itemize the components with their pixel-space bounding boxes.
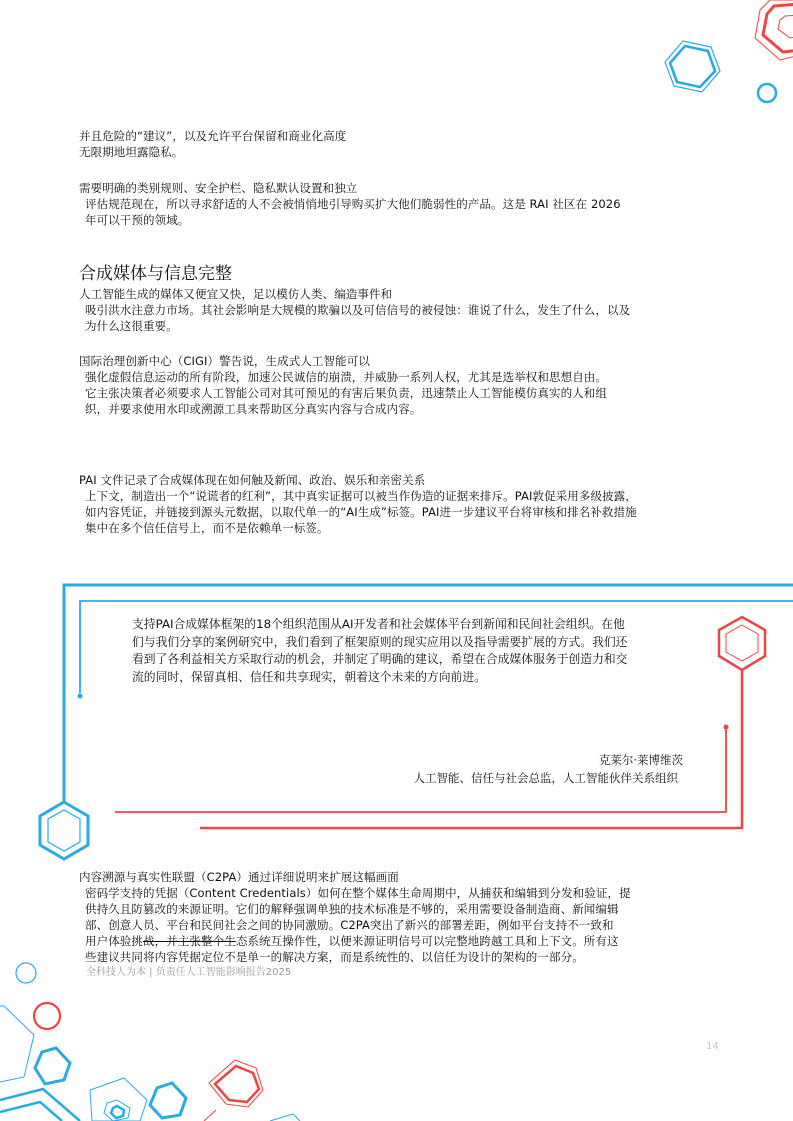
intro-paragraph-1: 并且危险的“建议”，以及允许平台保留和商业化高度 无限期地坦露隐私。 (79, 128, 346, 160)
section-paragraph-2: 国际治理创新中心（CIGI）警告说，生成式人工智能可以 强化虚假信息运动的所有阶… (79, 353, 607, 417)
text-line: 无限期地坦露隐私。 (79, 144, 346, 160)
hexagon-icon (40, 780, 88, 859)
text-line: 供持久且防篡改的来源证明。它们的解释强调单独的技术标准是不够的，采用需要设备制造… (79, 901, 631, 917)
section-heading: 合成媒体与信息完整 (79, 263, 232, 285)
text-line: 密码学支持的凭据（Content Credentials）如何在整个媒体生命周期… (79, 885, 631, 901)
text-line: 吸引洪水注意力市场。其社会影响是大规模的欺骗以及可信信号的被侵蚀：谁说了什么，发… (79, 302, 630, 318)
text-line: 人工智能生成的媒体又便宜又快，足以模仿人类、编造事件和 (79, 286, 630, 302)
text-line: 集中在多个信任信号上，而不是依赖单一标签。 (79, 520, 637, 536)
struck-text-segment: 战，并主张整个生 (143, 934, 236, 948)
intro-paragraph-2: 需要明确的类别规则、安全护栏、隐私默认设置和独立 评估规范现在，所以寻求舒适的人… (79, 180, 621, 228)
quote-line: 流的同时，保留真相、信任和共享现实，朝着这个未来的方向前进。 (132, 669, 627, 687)
quote-author: 克莱尔·莱博维茨 (599, 752, 683, 768)
text-line: 评估规范现在，所以寻求舒适的人不会被悄悄地引导购买扩大他们脆弱性的产品。这是 R… (79, 196, 621, 212)
text-line: PAI 文件记录了合成媒体现在如何触及新闻、政治、娱乐和亲密关系 (79, 472, 637, 488)
text-line: 为什么这很重要。 (79, 318, 630, 334)
page-number: 14 (706, 1041, 719, 1052)
section-paragraph-3: PAI 文件记录了合成媒体现在如何触及新闻、政治、娱乐和亲密关系 上下文，制造出… (79, 472, 637, 536)
decorative-cluster-bottom (0, 963, 300, 1121)
quote-line: 支持PAI合成媒体框架的18个组织范围从AI开发者和社会媒体平台到新闻和民间社会… (132, 616, 627, 634)
page-footer: 全科技人为本 | 负责任人工智能影响报告2025 (86, 963, 291, 978)
text-line: 需要明确的类别规则、安全护栏、隐私默认设置和独立 (79, 180, 621, 196)
quote-line: 们与我们分享的案例研究中，我们看到了框架原则的现实应用以及指导需要扩展的方式。我… (132, 634, 627, 652)
text-line: 国际治理创新中心（CIGI）警告说，生成式人工智能可以 (79, 353, 607, 369)
pull-quote: 支持PAI合成媒体框架的18个组织范围从AI开发者和社会媒体平台到新闻和民间社会… (132, 616, 627, 686)
circle-icon (758, 84, 776, 102)
text-segment: 用户体验挑 (85, 934, 143, 948)
c2pa-paragraph: 内容溯源与真实性联盟（C2PA）通过详细说明来扩展这幅画面 密码学支持的凭据（C… (79, 869, 631, 965)
text-segment: 态系统互操作性，以便来源证明信号可以完整地跨越工具和上下文。所有这 (236, 934, 619, 948)
quote-author-title: 人工智能、信任与社会总监，人工智能伙伴关系组织 (414, 770, 679, 786)
text-line: 年可以干预的领域。 (79, 212, 621, 228)
text-line: 用户体验挑战，并主张整个生态系统互操作性，以便来源证明信号可以完整地跨越工具和上… (79, 933, 631, 949)
section-paragraph-1: 人工智能生成的媒体又便宜又快，足以模仿人类、编造事件和 吸引洪水注意力市场。其社… (79, 286, 630, 334)
text-line: 部、创意人员、平台和民间社会之间的协同激励。C2PA突出了新兴的部署差距，例如平… (79, 917, 631, 933)
text-line: 它主张决策者必须要求人工智能公司对其可预见的有害后果负责，迅速禁止人工智能模仿真… (79, 385, 607, 401)
quote-line: 看到了各利益相关方采取行动的机会，并制定了明确的建议，希望在合成媒体服务于创造力… (132, 651, 627, 669)
hexagon-icon (665, 41, 720, 92)
text-line: 并且危险的“建议”，以及允许平台保留和商业化高度 (79, 128, 346, 144)
text-line: 强化虚假信息运动的所有阶段，加速公民诚信的崩溃，并威胁一系列人权，尤其是选举权和… (79, 369, 607, 385)
text-line: 织，并要求使用水印或溯源工具来帮助区分真实内容与合成内容。 (79, 401, 607, 417)
text-line: 如内容凭证，并链接到源头元数据，以取代单一的“AI生成”标签。PAI进一步建议平… (79, 504, 637, 520)
text-line: 上下文，制造出一个“说谎者的红利”，其中真实证据可以被当作伪造的证据来排斥。PA… (79, 488, 637, 504)
hexagon-icon (755, 0, 793, 60)
text-line: 内容溯源与真实性联盟（C2PA）通过详细说明来扩展这幅画面 (79, 869, 631, 885)
